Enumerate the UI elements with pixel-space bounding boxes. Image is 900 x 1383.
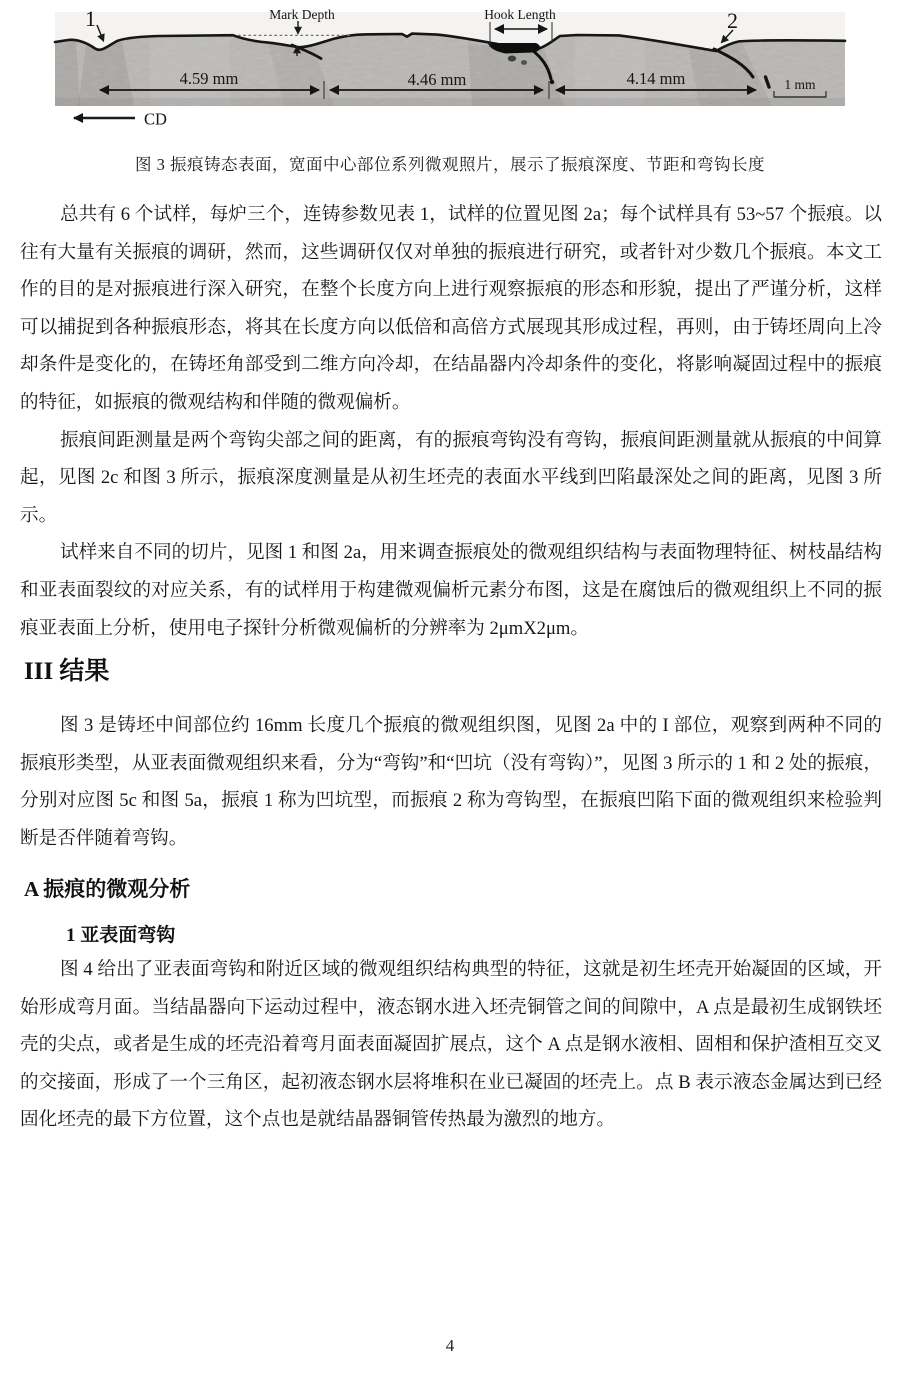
paragraph-specimens: 试样来自不同的切片，见图 1 和图 2a，用来调查振痕处的微观组织结构与表面物理… [20, 534, 882, 647]
pitch-3-label: 4.14 mm [627, 69, 686, 88]
paragraph-samples: 总共有 6 个试样，每炉三个，连铸参数见表 1，试样的位置见图 2a；每个试样具… [20, 196, 882, 422]
paper-page: 1 2 Mark Depth Hook Length 4.59 mm 4.46 … [0, 0, 900, 1383]
mark-1-label: 1 [85, 6, 96, 31]
heading-results: III 结果 [24, 651, 109, 687]
figure-3: 1 2 Mark Depth Hook Length 4.59 mm 4.46 … [0, 0, 900, 134]
casting-direction-label: CD [144, 110, 167, 129]
body-section-hook: 图 4 给出了亚表面弯钩和附近区域的微观组织结构典型的特征，这就是初生坯壳开始凝… [20, 951, 882, 1139]
micrograph-figure: 1 2 Mark Depth Hook Length 4.59 mm 4.46 … [0, 0, 900, 134]
mark-2-label: 2 [727, 8, 738, 33]
paragraph-mark-types: 图 3 是铸坯中间部位约 16mm 长度几个振痕的微观组织图，见图 2a 中的 … [20, 707, 882, 857]
body-section-results: 图 3 是铸坯中间部位约 16mm 长度几个振痕的微观组织图，见图 2a 中的 … [20, 707, 882, 857]
heading-micro-analysis: A 振痕的微观分析 [24, 873, 190, 903]
paragraph-hook-formation: 图 4 给出了亚表面弯钩和附近区域的微观组织结构典型的特征，这就是初生坯壳开始凝… [20, 951, 882, 1139]
page-number: 4 [0, 1336, 900, 1356]
mark-depth-label: Mark Depth [269, 7, 335, 22]
hook-length-label: Hook Length [484, 7, 556, 22]
body-section-intro: 总共有 6 个试样，每炉三个，连铸参数见表 1，试样的位置见图 2a；每个试样具… [20, 196, 882, 647]
pitch-2-label: 4.46 mm [408, 70, 467, 89]
figure-caption: 图 3 振痕铸态表面，宽面中心部位系列微观照片，展示了振痕深度、节距和弯钩长度 [0, 151, 900, 175]
paragraph-pitch-measurement: 振痕间距测量是两个弯钩尖部之间的距离，有的振痕弯钩没有弯钩，振痕间距测量就从振痕… [20, 422, 882, 535]
heading-subsurface-hook: 1 亚表面弯钩 [66, 920, 175, 947]
scale-bar-label: 1 mm [784, 77, 816, 92]
pitch-1-label: 4.59 mm [180, 69, 239, 88]
